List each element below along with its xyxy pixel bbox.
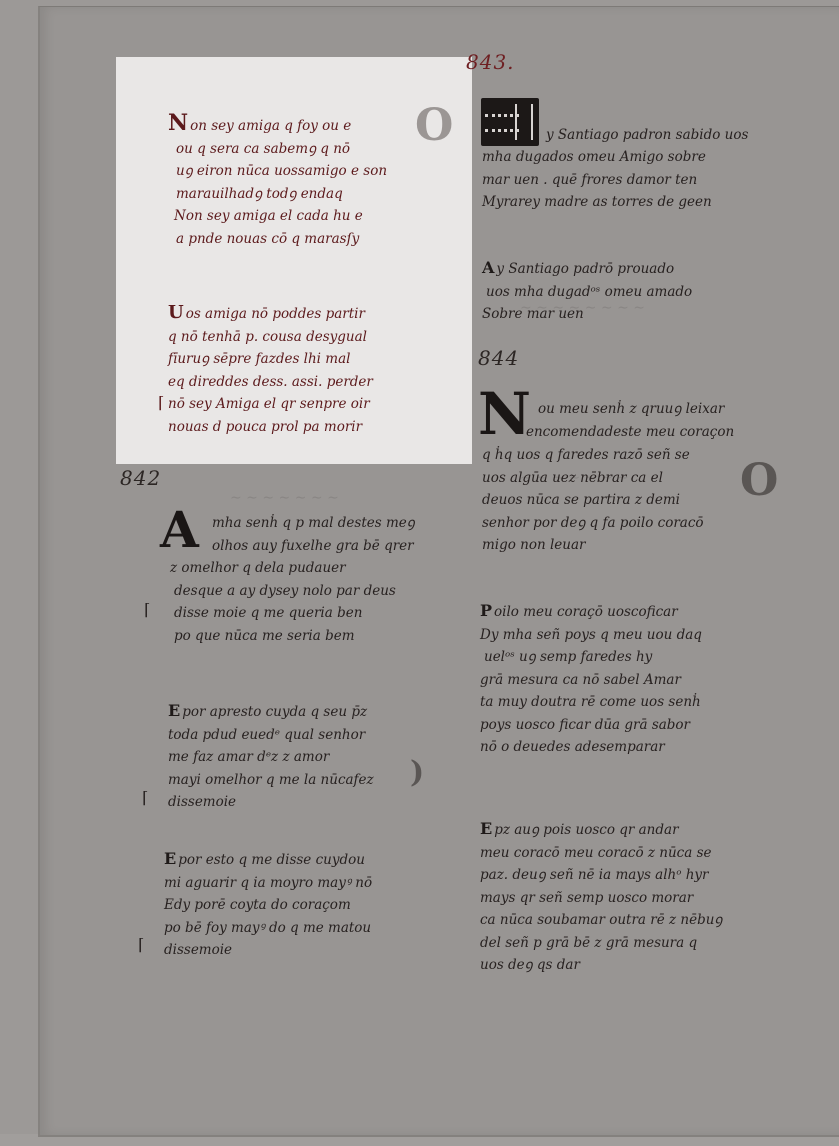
- verse-line: Edy porē coyta do coraçom: [164, 894, 372, 917]
- verse-line: dissemoie: [168, 791, 374, 814]
- verse-line: fīuruꝯ sēpre fazdes lhi mal: [168, 348, 373, 371]
- poem-842-stanza-1: mha senḣ q p mal destes meꝯ olhos auy fu…: [212, 512, 415, 557]
- verse-line: paz. deuꝯ señ nē ia mays alhᵒ hyr: [480, 864, 722, 887]
- verse-line: disse moie q me queria ben: [170, 602, 396, 625]
- verse-line: po bē foy mayꝰ do q me matou: [164, 917, 372, 940]
- verse-line: nō o deuedes adesemparar: [480, 736, 702, 759]
- verse-line: z omelhor q dela pudauer: [170, 557, 396, 580]
- faded-initial-letter: O: [740, 455, 778, 506]
- verse-line: mi aguarir q ia moyro mayꝰ nō: [164, 872, 372, 895]
- poem-842-stanza-3: Epor esto q me disse cuydou mi aguarir q…: [164, 848, 372, 962]
- poem-843-stanza-1-first: y Santiago padron sabido uos: [546, 124, 748, 147]
- verse-line: Non sey amiga el cada hu e: [168, 205, 387, 228]
- verse-line: ou q sera ca sabemꝯ q nō: [168, 138, 387, 161]
- initial-letter: A: [482, 257, 494, 280]
- verse-line: meu coracō meu coracō z nūca se: [480, 842, 722, 865]
- verse-line: Poilo meu coraçō uoscoficar: [480, 600, 702, 624]
- paragraph-mark: ⌈: [142, 788, 148, 807]
- initial-letter: P: [480, 600, 492, 623]
- initial-decoration: [515, 104, 533, 140]
- verse-line: uos algūa uez nēbrar ca el: [482, 467, 704, 490]
- verse-line: eq direddes dess. assi. perder: [168, 371, 373, 394]
- verse-line: a pnde nouas cō q marasſy: [168, 228, 387, 251]
- verse-line: Uos amiga nō poddes partir: [168, 302, 373, 326]
- verse-line: deuos nūca se partira z demi: [482, 489, 704, 512]
- paragraph-mark: ⌈: [158, 393, 164, 412]
- verse-line: uos deꝯ qs dar: [480, 954, 722, 977]
- verse-line: ta muy doutra rē come uos senḣ: [480, 691, 702, 714]
- verse-line: ca nūca soubamar outra rē z nēbuꝯ: [480, 909, 722, 932]
- decorated-initial-box: [481, 98, 539, 146]
- verse-line: me faz amar dᵉz z amor: [168, 746, 374, 769]
- initial-letter: U: [168, 302, 184, 325]
- verse-line: migo non leuar: [482, 534, 704, 557]
- faded-initial-letter: ): [410, 755, 424, 790]
- verse-line: marauilhadꝯ todꝯ endaq: [168, 183, 387, 206]
- verse-line: mar uen . quē frores damor ten: [482, 169, 712, 192]
- verse-line: encomendadeste meu coraçon: [526, 421, 734, 444]
- verse-line: mha senḣ q p mal destes meꝯ: [212, 512, 415, 535]
- verse-line: y Santiago padron sabido uos: [546, 124, 748, 147]
- poem-stanza-highlighted-2: Uos amiga nō poddes partir q nō tenhā p.…: [168, 302, 373, 438]
- verse-line: Epor esto q me disse cuydou: [164, 848, 372, 872]
- paragraph-mark: ⌈: [138, 935, 144, 954]
- verse-line: grā mesura ca nō sabel Amar: [480, 669, 702, 692]
- verse-line: Sobre mar uen: [482, 303, 692, 326]
- initial-letter: E: [168, 700, 180, 723]
- verse-line: del señ p grā bē z grā mesura q: [480, 932, 722, 955]
- poem-842-stanza-2: Epor apresto cuyda q seu p̄z toda pdud e…: [168, 700, 374, 814]
- verse-line: poys uosco ficar dūa grā sabor: [480, 714, 702, 737]
- verse-line: olhos auy fuxelhe gra bē qrer: [212, 535, 415, 558]
- verse-line: toda pdud euedᵉ qual senhor: [168, 724, 374, 747]
- initial-decoration: [485, 114, 519, 132]
- verse-line: mha dugados omeu Amigo sobre: [482, 146, 712, 169]
- bleed-through-text: ∼ ∼ ∼ ∼ ∼ ∼ ∼: [230, 490, 339, 506]
- poem-844-stanza-2: Poilo meu coraçō uoscoficar Dy mha señ p…: [480, 600, 702, 759]
- paragraph-mark: ⌈: [144, 600, 150, 619]
- verse-line: Dy mha señ poys q meu uou daq: [480, 624, 702, 647]
- verse-line: senhor por deꝯ q fa poilo coracō: [482, 512, 704, 535]
- verse-line: Myrarey madre as torres de geen: [482, 191, 712, 214]
- verse-line: desque a ay dysey nolo par deus: [170, 580, 396, 603]
- poem-number: 844: [478, 346, 519, 370]
- poem-844-stanza-1: q ḣq uos q faredes razō señ se uos algūa…: [482, 444, 704, 557]
- verse-line: Ay Santiago padrō prouado: [482, 257, 692, 281]
- verse-line: q ḣq uos q faredes razō señ se: [482, 444, 704, 467]
- decorated-initial: N: [478, 380, 531, 448]
- faded-initial-letter: O: [415, 100, 453, 151]
- verse-line: uos mha dugadᵒˢ omeu amado: [482, 281, 692, 304]
- poem-844-stanza-1-first: ou meu senḣ z qruuꝯ leixar: [538, 398, 724, 421]
- initial-letter: E: [164, 848, 176, 871]
- verse-line: Epor apresto cuyda q seu p̄z: [168, 700, 374, 724]
- verse-line: Epz auꝯ pois uosco qr andar: [480, 818, 722, 842]
- poem-843-stanza-2: Ay Santiago padrō prouado uos mha dugadᵒ…: [482, 257, 692, 326]
- poem-844-stanza-3: Epz auꝯ pois uosco qr andar meu coracō m…: [480, 818, 722, 977]
- verse-line: Non sey amiga q foy ou e: [168, 112, 387, 138]
- verse-line: uelᵒˢ uꝯ semp faredes hy: [480, 646, 702, 669]
- initial-letter: N: [168, 112, 188, 135]
- verse-line: mays qr señ semp uosco morar: [480, 887, 722, 910]
- poem-number: 843.: [466, 50, 515, 74]
- verse-line: po que nūca me seria bem: [170, 625, 396, 648]
- poem-842-stanza-1-cont: z omelhor q dela pudauer desque a ay dys…: [170, 557, 396, 647]
- initial-letter: E: [480, 818, 492, 841]
- decorated-initial: A: [160, 500, 199, 559]
- poem-stanza-highlighted-1: Non sey amiga q foy ou e ou q sera ca sa…: [168, 112, 387, 250]
- verse-line: nō sey Amiga el qr senpre oir: [168, 393, 373, 416]
- verse-line: ou meu senḣ z qruuꝯ leixar: [538, 398, 724, 421]
- verse-line: mayi omelhor q me la nūcafez: [168, 769, 374, 792]
- poem-number: 842: [120, 466, 161, 490]
- verse-line: q nō tenhā p. cousa desygual: [168, 326, 373, 349]
- verse-line: nouas d pouca prol pa morir: [168, 416, 373, 439]
- poem-843-stanza-1: mha dugados omeu Amigo sobre mar uen . q…: [482, 146, 712, 214]
- verse-line: dissemoie: [164, 939, 372, 962]
- poem-844-stanza-1-second: encomendadeste meu coraçon: [526, 421, 734, 444]
- verse-line: uꝯ eiron nūca uossamigo e son: [168, 160, 387, 183]
